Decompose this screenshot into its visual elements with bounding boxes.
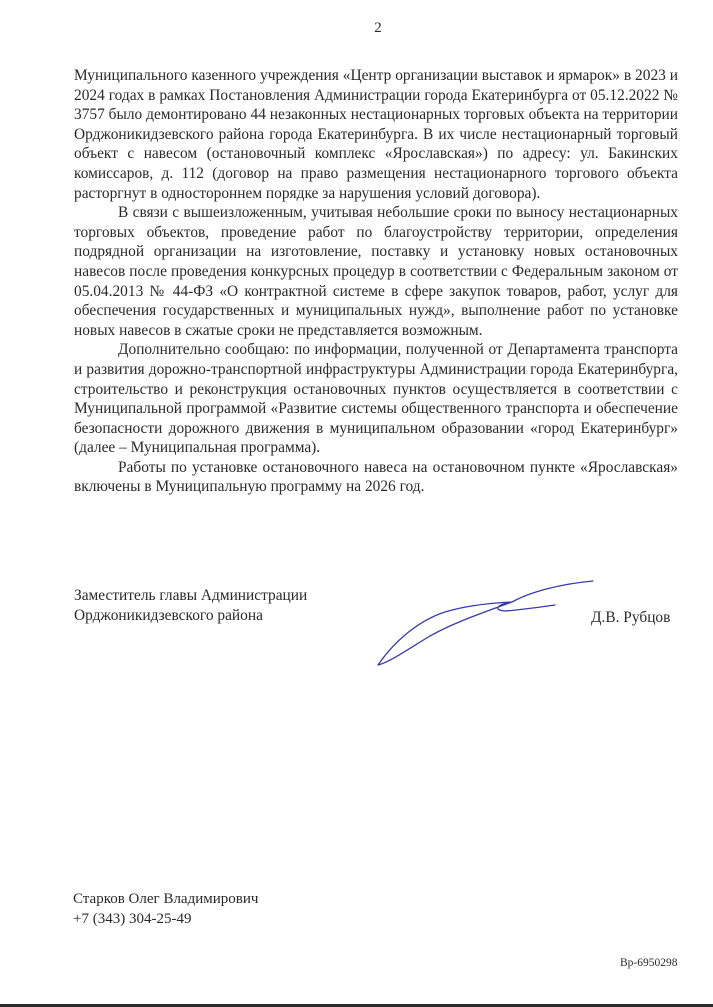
handwritten-signature-icon bbox=[370, 570, 610, 670]
signatory-position-line-1: Заместитель главы Администрации bbox=[74, 586, 307, 606]
signatory-position: Заместитель главы Администрации Орджоник… bbox=[74, 586, 307, 626]
letter-body: Муниципального казенного учреждения «Цен… bbox=[74, 66, 678, 497]
executor-phone: +7 (343) 304-25-49 bbox=[73, 910, 258, 930]
paragraph-1: Муниципального казенного учреждения «Цен… bbox=[74, 66, 678, 203]
page-number: 2 bbox=[0, 20, 713, 37]
signatory-name: Д.В. Рубцов bbox=[591, 609, 670, 627]
paragraph-3: Дополнительно сообщаю: по информации, по… bbox=[74, 340, 678, 458]
registration-number: Вр-6950298 bbox=[620, 957, 678, 969]
signatory-position-line-2: Орджоникидзевского района bbox=[74, 606, 307, 626]
executor-name: Старков Олег Владимирович bbox=[73, 890, 258, 910]
paragraph-2: В связи с вышеизложенным, учитывая небол… bbox=[74, 203, 678, 340]
executor-contact: Старков Олег Владимирович +7 (343) 304-2… bbox=[73, 890, 258, 929]
paragraph-4: Работы по установке остановочного навеса… bbox=[74, 458, 678, 497]
